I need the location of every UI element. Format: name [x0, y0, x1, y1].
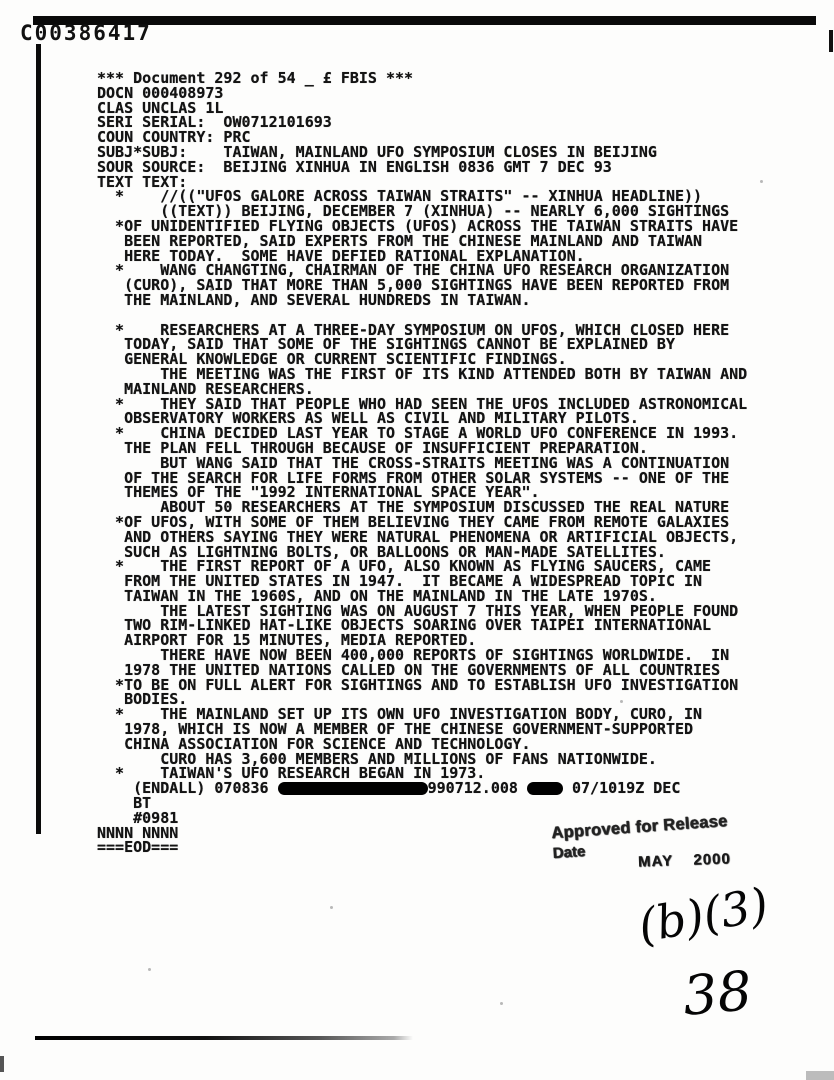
document-text-block: *** Document 292 of 54 _ £ FBIS *** DOCN… — [97, 71, 747, 855]
scan-speck — [210, 288, 213, 291]
document-id: C00386417 — [20, 21, 152, 45]
endall-suffix-text: 07/1019Z DEC — [563, 779, 680, 797]
stamp-date-value: MAY 2000 — [638, 850, 731, 870]
scan-corner-mark — [806, 1071, 834, 1080]
scan-speck — [500, 1002, 503, 1005]
redaction-blob — [527, 782, 563, 795]
scan-right-edge-mark — [829, 30, 833, 52]
handwritten-exemption-code: (b)(3) — [634, 877, 772, 953]
redaction-bar — [278, 782, 428, 795]
scan-speck — [148, 968, 151, 971]
scan-left-bottom-mark — [0, 1056, 4, 1072]
scan-speck — [760, 180, 763, 183]
scan-speck — [330, 906, 333, 909]
scan-left-edge-line — [36, 44, 41, 834]
endall-line: (ENDALL) 070836 990712.008 07/1019Z DEC — [97, 781, 747, 796]
scanned-document-page: C00386417 *** Document 292 of 54 _ £ FBI… — [0, 0, 834, 1080]
handwritten-page-number: 38 — [680, 959, 754, 1028]
document-text-upper: *** Document 292 of 54 _ £ FBIS *** DOCN… — [97, 71, 747, 781]
scan-bottom-line — [35, 1036, 413, 1040]
endall-mid-text: 990712.008 — [428, 779, 527, 797]
scan-speck — [472, 332, 475, 335]
scan-speck — [620, 700, 623, 703]
